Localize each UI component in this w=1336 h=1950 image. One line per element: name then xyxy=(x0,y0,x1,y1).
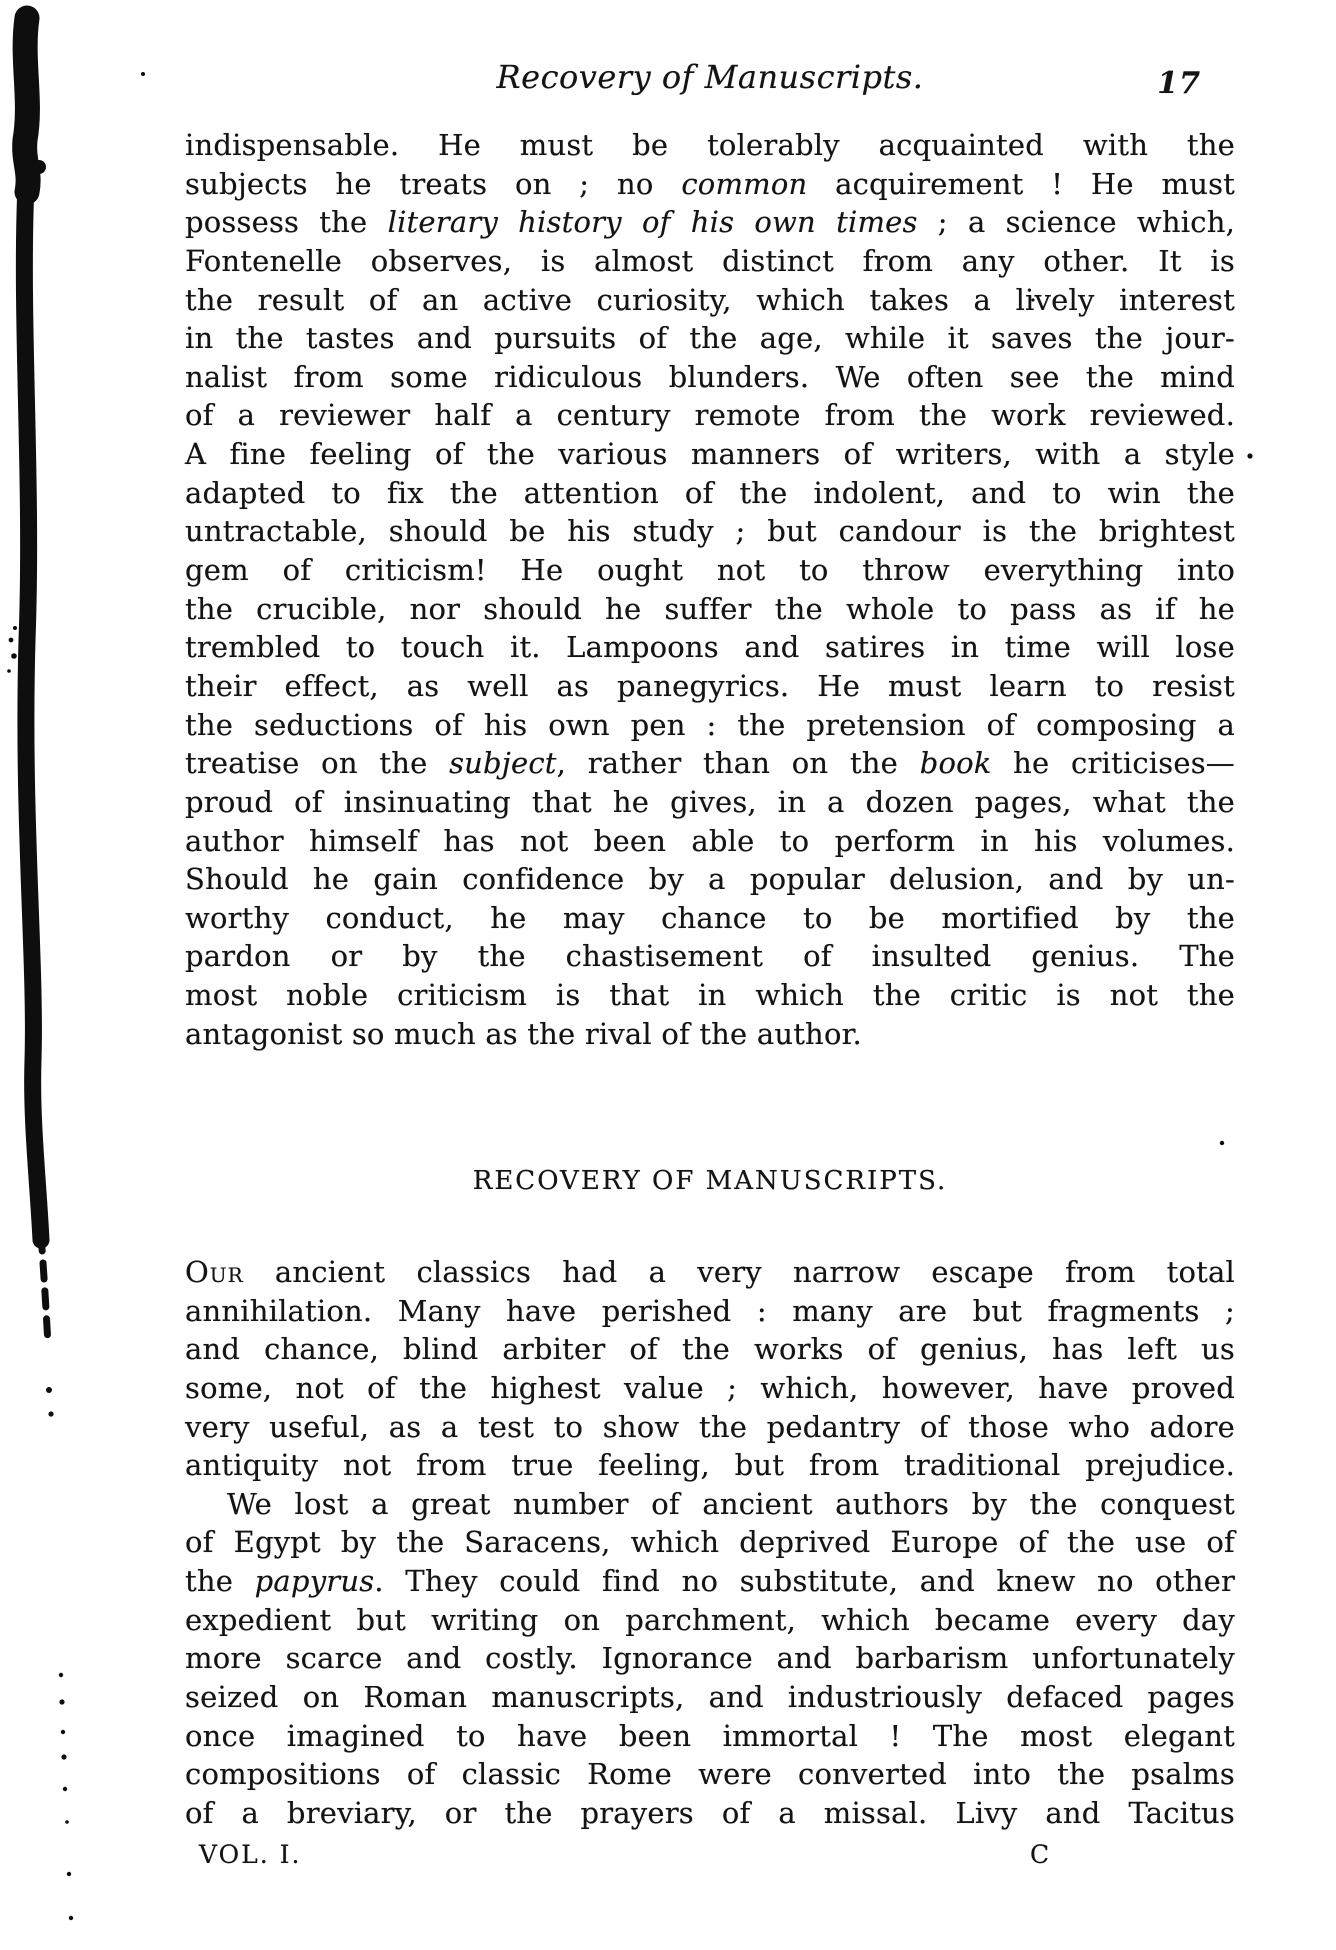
recovery-paragraph-1: Our ancient classics had a very narrow e… xyxy=(185,1253,1235,1485)
text-line: We lost a great number of ancient author… xyxy=(185,1485,1235,1524)
text-segment: indispensable. He must be tolerably acqu… xyxy=(185,128,1235,162)
text-segment: more scarce and costly. Ignorance and ba… xyxy=(185,1641,1235,1675)
text-segment: gem of criticism! He ought not to throw … xyxy=(185,553,1235,587)
text-segment: acquirement ! He must xyxy=(807,167,1235,201)
text-segment: subjects he treats on ; no xyxy=(185,167,681,201)
text-line: Fontenelle observes, is almost distinct … xyxy=(185,242,1235,281)
text-segment: once imagined to have been immortal ! Th… xyxy=(185,1719,1235,1753)
text-line: compositions of classic Rome were conver… xyxy=(185,1755,1235,1794)
text-line: Should he gain confidence by a popular d… xyxy=(185,860,1235,899)
text-line: possess the literary history of his own … xyxy=(185,203,1235,242)
text-segment: treatise on the xyxy=(185,746,449,780)
text-segment: trembled to touch it. Lampoons and satir… xyxy=(185,630,1235,664)
text-line: of Egypt by the Saracens, which deprived… xyxy=(185,1523,1235,1562)
text-line: Our ancient classics had a very narrow e… xyxy=(185,1253,1235,1292)
text-line: in the tastes and pursuits of the age, w… xyxy=(185,319,1235,358)
text-segment-italic: papyrus xyxy=(255,1564,375,1598)
text-segment: the crucible, nor should he suffer the w… xyxy=(185,592,1235,626)
text-line: gem of criticism! He ought not to throw … xyxy=(185,551,1235,590)
running-header-title: Recovery of Manuscripts. xyxy=(185,58,1235,96)
text-line: some, not of the highest value ; which, … xyxy=(185,1369,1235,1408)
running-header: Recovery of Manuscripts. 17 xyxy=(185,58,1235,108)
text-line: A fine feeling of the various manners of… xyxy=(185,435,1235,474)
text-segment: nalist from some ridiculous blunders. We… xyxy=(185,360,1235,394)
criticism-paragraph: indispensable. He must be tolerably acqu… xyxy=(185,126,1235,1053)
text-segment: very useful, as a test to show the pedan… xyxy=(185,1410,1235,1444)
text-line: trembled to touch it. Lampoons and satir… xyxy=(185,628,1235,667)
text-line: nalist from some ridiculous blunders. We… xyxy=(185,358,1235,397)
text-segment: Fontenelle observes, is almost distinct … xyxy=(185,244,1235,278)
text-segment: We lost a great number of ancient author… xyxy=(227,1487,1235,1521)
scanned-book-page: Recovery of Manuscripts. 17 indispensabl… xyxy=(0,0,1336,1950)
text-line: worthy conduct, he may chance to be mort… xyxy=(185,899,1235,938)
text-segment: the seductions of his own pen : the pret… xyxy=(185,708,1235,742)
text-segment: and chance, blind arbiter of the works o… xyxy=(185,1332,1235,1366)
text-segment-italic: subject xyxy=(449,746,557,780)
text-line: indispensable. He must be tolerably acqu… xyxy=(185,126,1235,165)
text-segment: the xyxy=(185,1564,255,1598)
text-segment: pardon or by the chastisement of insulte… xyxy=(185,939,1235,973)
text-segment: their effect, as well as panegyrics. He … xyxy=(185,669,1235,703)
volume-label: VOL. I. xyxy=(199,1840,301,1869)
text-line: annihilation. Many have perished : many … xyxy=(185,1292,1235,1331)
text-line: very useful, as a test to show the pedan… xyxy=(185,1408,1235,1447)
text-line: the papyrus. They could find no substitu… xyxy=(185,1562,1235,1601)
text-line: the result of an active curiosity, which… xyxy=(185,281,1235,320)
text-segment: antiquity not from true feeling, but fro… xyxy=(185,1448,1235,1482)
text-line: author himself has not been able to perf… xyxy=(185,822,1235,861)
text-segment: untractable, should be his study ; but c… xyxy=(185,514,1235,548)
text-segment: most noble criticism is that in which th… xyxy=(185,978,1235,1012)
text-line: antagonist so much as the rival of the a… xyxy=(185,1015,1235,1054)
text-segment: he criticises— xyxy=(992,746,1235,780)
page-footer: VOL. I. C xyxy=(185,1840,1235,1880)
text-segment: ancient classics had a very narrow escap… xyxy=(244,1255,1235,1289)
text-segment: expedient but writing on parchment, whic… xyxy=(185,1603,1235,1637)
text-line: and chance, blind arbiter of the works o… xyxy=(185,1330,1235,1369)
text-segment: worthy conduct, he may chance to be mort… xyxy=(185,901,1235,935)
text-line: adapted to fix the attention of the indo… xyxy=(185,474,1235,513)
text-line: the crucible, nor should he suffer the w… xyxy=(185,590,1235,629)
text-segment: adapted to fix the attention of the indo… xyxy=(185,476,1235,510)
text-line: their effect, as well as panegyrics. He … xyxy=(185,667,1235,706)
text-line: the seductions of his own pen : the pret… xyxy=(185,706,1235,745)
text-segment: . They could find no substitute, and kne… xyxy=(374,1564,1235,1598)
text-segment: of a reviewer half a century remote from… xyxy=(185,398,1235,432)
text-line: proud of insinuating that he gives, in a… xyxy=(185,783,1235,822)
text-segment: the result of an active curiosity, which… xyxy=(185,283,1235,317)
text-line: subjects he treats on ; no common acquir… xyxy=(185,165,1235,204)
text-segment: author himself has not been able to perf… xyxy=(185,824,1235,858)
text-segment: Should he gain confidence by a popular d… xyxy=(185,862,1235,896)
text-segment: of a breviary, or the prayers of a missa… xyxy=(185,1796,1235,1830)
text-line: most noble criticism is that in which th… xyxy=(185,976,1235,1015)
text-line: of a breviary, or the prayers of a missa… xyxy=(185,1794,1235,1833)
page-number: 17 xyxy=(1157,66,1201,101)
text-segment: , rather than on the xyxy=(557,746,920,780)
signature-mark: C xyxy=(1030,1840,1049,1869)
text-segment: in the tastes and pursuits of the age, w… xyxy=(185,321,1235,355)
body-text-block-2: Our ancient classics had a very narrow e… xyxy=(185,1253,1235,1833)
text-segment: seized on Roman manuscripts, and industr… xyxy=(185,1680,1235,1714)
text-segment: annihilation. Many have perished : many … xyxy=(185,1294,1235,1328)
text-segment-italic: common xyxy=(681,167,807,201)
text-segment: proud of insinuating that he gives, in a… xyxy=(185,785,1235,819)
text-segment: A fine feeling of the various manners of… xyxy=(185,437,1235,471)
text-segment-italic: literary history of his own times xyxy=(388,205,918,239)
text-line: untractable, should be his study ; but c… xyxy=(185,512,1235,551)
text-line: antiquity not from true feeling, but fro… xyxy=(185,1446,1235,1485)
text-line: more scarce and costly. Ignorance and ba… xyxy=(185,1639,1235,1678)
section-heading: RECOVERY OF MANUSCRIPTS. xyxy=(185,1166,1235,1196)
text-segment: possess the xyxy=(185,205,388,239)
body-text-block-1: indispensable. He must be tolerably acqu… xyxy=(185,126,1235,1053)
text-segment: of Egypt by the Saracens, which deprived… xyxy=(185,1525,1235,1559)
text-segment: ; a science which, xyxy=(918,205,1235,239)
text-line: expedient but writing on parchment, whic… xyxy=(185,1601,1235,1640)
text-line: once imagined to have been immortal ! Th… xyxy=(185,1717,1235,1756)
text-segment: some, not of the highest value ; which, … xyxy=(185,1371,1235,1405)
text-segment: antagonist so much as the rival of the a… xyxy=(185,1017,862,1051)
text-line: treatise on the subject, rather than on … xyxy=(185,744,1235,783)
text-segment-smallcaps: Our xyxy=(185,1255,244,1289)
recovery-paragraph-2: We lost a great number of ancient author… xyxy=(185,1485,1235,1833)
text-segment-italic: book xyxy=(920,746,992,780)
text-line: seized on Roman manuscripts, and industr… xyxy=(185,1678,1235,1717)
text-segment: compositions of classic Rome were conver… xyxy=(185,1757,1235,1791)
text-line: of a reviewer half a century remote from… xyxy=(185,396,1235,435)
text-line: pardon or by the chastisement of insulte… xyxy=(185,937,1235,976)
